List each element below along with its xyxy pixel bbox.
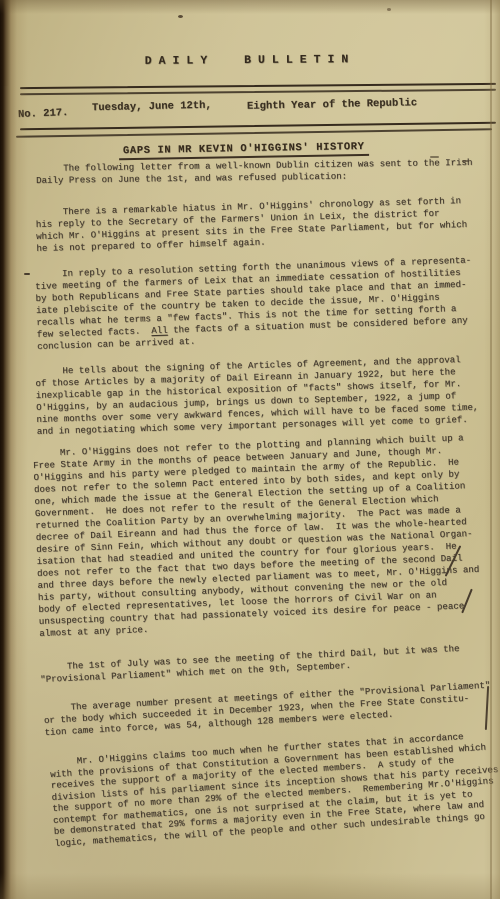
paragraph-2: There is a remarkable hiatus in Mr. O'Hi… [35, 194, 496, 255]
paragraph-6: The 1st of July was to see the meeting o… [39, 641, 496, 686]
ink-dash [24, 273, 30, 275]
page-edge-line [490, 0, 492, 899]
paragraph-3: In reply to a resolution setting forth t… [35, 254, 498, 353]
article-body: The following letter from a well-known D… [36, 163, 496, 849]
article-headline: GAPS IN MR KEVIN O'HIGGINS' HISTORY [119, 141, 369, 160]
paragraph-1: The following letter from a well-known D… [36, 157, 496, 187]
page-edge-top [0, 0, 500, 14]
document-page: DAILY BULLETIN No. 217. Tuesday, June 12… [0, 0, 500, 899]
ink-dash [462, 160, 469, 162]
page-edge-right [484, 0, 500, 899]
republic-year-label: Eighth Year of the Republic [247, 97, 417, 113]
paragraph-5: Mr. O'Higgins does not refer to the plot… [32, 431, 499, 640]
issue-date: Tuesday, June 12th, [92, 100, 212, 115]
masthead-title: DAILY BULLETIN [0, 52, 500, 69]
paragraph-4: He tells about the signing of the Articl… [35, 353, 497, 438]
paragraph-7: The average number present at meetings o… [43, 679, 496, 739]
ink-dash [430, 156, 439, 158]
masthead-rule-bottom-2 [16, 128, 492, 137]
paragraph-8: Mr. O'Higgins claims too much when he fu… [49, 729, 498, 849]
ink-speck [178, 15, 183, 18]
masthead-rule-top-1 [20, 83, 496, 89]
page-edge-bottom [0, 873, 500, 899]
masthead-rule-top-2 [20, 89, 496, 95]
headline-row: GAPS IN MR KEVIN O'HIGGINS' HISTORY [0, 138, 500, 158]
issue-number: No. 217. [18, 107, 69, 121]
